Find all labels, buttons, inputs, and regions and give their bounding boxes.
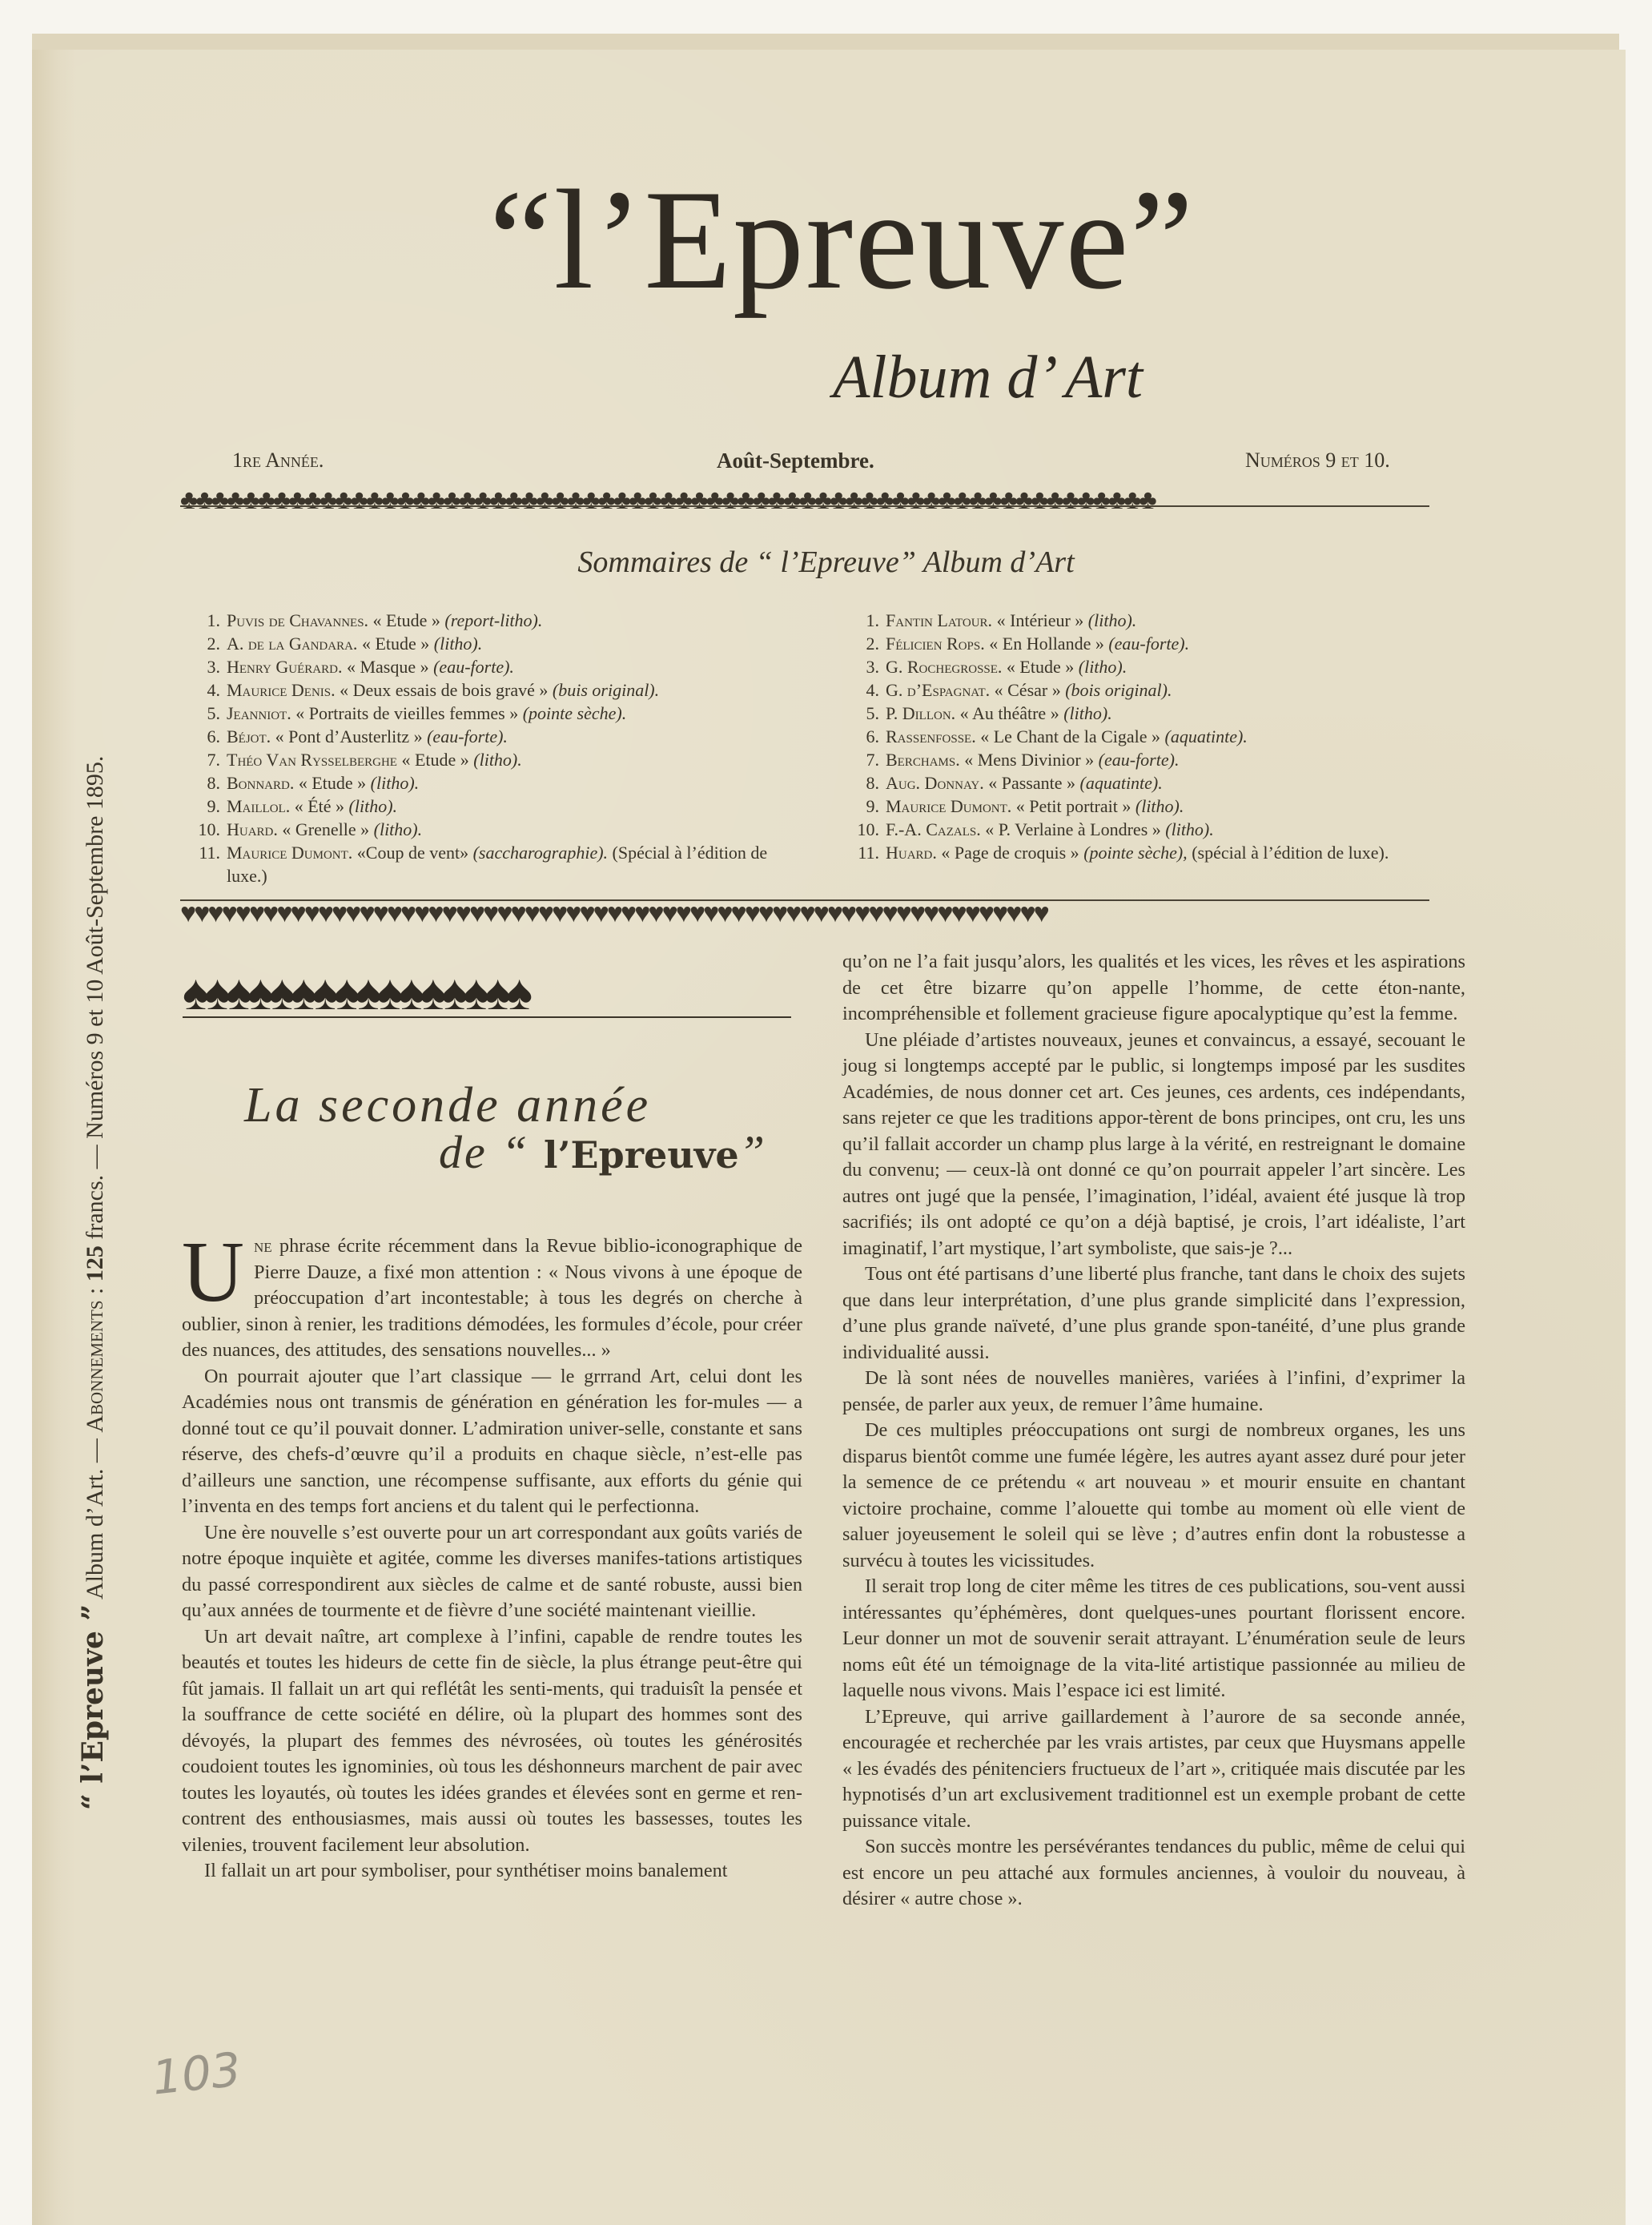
leaf-icon: ♠♠♠♠♠♠♠♠♠♠♠♠♠♠♠♠ xyxy=(183,966,528,1020)
item-text: Maurice Dumont. « Petit portrait » (lith… xyxy=(886,795,1464,818)
spine-price-unit: francs. — xyxy=(82,1139,108,1245)
summary-item: 11.Maurice Dumont. «Coup de vent» (sacch… xyxy=(188,841,805,887)
work-title: « Portraits de vieilles femmes » xyxy=(295,703,518,723)
summary-item: 3.Henry Guérard. « Masque » (eau-forte). xyxy=(188,655,805,678)
work-title: « Etude » xyxy=(299,773,366,793)
work-title: « Etude » xyxy=(401,750,468,770)
technique: (buis original). xyxy=(553,680,659,700)
spine-caption: “ l’Epreuve ” Album d’Art. — Abonnements… xyxy=(76,529,132,1810)
article-paragraph: Une pléiade d’artistes nouveaux, jeunes … xyxy=(842,1028,1465,1262)
summary-list-right: 1.Fantin Latour. « Intérieur » (litho). … xyxy=(847,609,1464,864)
item-text: Aug. Donnay. « Passante » (aquatinte). xyxy=(886,771,1464,795)
drop-cap: U xyxy=(182,1237,244,1309)
stem-line xyxy=(183,1016,791,1018)
technique: (litho). xyxy=(1135,796,1184,816)
masthead-title: “l’Epreuve” xyxy=(0,168,1652,311)
paper-spine-edge xyxy=(32,50,76,2225)
summary-item: 8.Aug. Donnay. « Passante » (aquatinte). xyxy=(847,771,1464,795)
work-title: « César » xyxy=(995,680,1061,700)
item-text: Bonnard. « Etude » (litho). xyxy=(227,771,805,795)
technique: (eau-forte). xyxy=(1108,634,1189,654)
item-number: 11. xyxy=(188,841,227,887)
item-text: P. Dillon. « Au théâtre » (litho). xyxy=(886,702,1464,725)
article-paragraph: Un art devait naître, art complexe à l’i… xyxy=(182,1624,802,1859)
work-title: « Etude » xyxy=(373,610,440,630)
article-column-right: qu’on ne l’a fait jusqu’alors, les quali… xyxy=(842,949,1465,1913)
work-title: « Etude » xyxy=(362,634,429,654)
article-paragraph: Tous ont été partisans d’une liberté plu… xyxy=(842,1261,1465,1366)
artist-name: Huard. xyxy=(886,843,937,863)
item-number: 6. xyxy=(847,725,886,748)
technique: (litho). xyxy=(1063,703,1112,723)
article-paragraph: On pourrait ajouter que l’art classique … xyxy=(182,1364,802,1520)
item-number: 3. xyxy=(188,655,227,678)
article-paragraph: Il serait trop long de citer même les ti… xyxy=(842,1574,1465,1704)
paragraph-text: phrase écrite récemment dans la Revue bi… xyxy=(182,1235,802,1361)
artist-name: Henry Guérard. xyxy=(227,657,342,677)
article-paragraph: Une phrase écrite récemment dans la Revu… xyxy=(182,1233,802,1364)
technique: (litho). xyxy=(434,634,483,654)
masthead-subtitle: Album d’ Art xyxy=(833,343,1143,412)
technique: (litho). xyxy=(1079,657,1127,677)
summary-item: 8.Bonnard. « Etude » (litho). xyxy=(188,771,805,795)
work-title: «Coup de vent» xyxy=(357,843,468,863)
summary-item: 7.Berchams. « Mens Divinior » (eau-forte… xyxy=(847,748,1464,771)
work-title: « P. Verlaine à Londres » xyxy=(985,819,1161,839)
artist-name: G. d’Espagnat. xyxy=(886,680,990,700)
work-title: « Page de croquis » xyxy=(941,843,1079,863)
work-title: « Pont d’Austerlitz » xyxy=(275,726,423,746)
item-text: Huard. « Grenelle » (litho). xyxy=(227,818,805,841)
item-number: 4. xyxy=(847,678,886,702)
artist-name: Maurice Dumont. xyxy=(227,843,352,863)
item-text: Puvis de Chavannes. « Etude » (report-li… xyxy=(227,609,805,632)
article-paragraph: De là sont nées de nouvelles manières, v… xyxy=(842,1366,1465,1418)
clover-icon: ♣♣♣♣♣♣♣♣♣♣♣♣♣♣♣♣♣♣♣♣♣♣♣♣♣♣♣♣♣♣♣♣♣♣♣♣♣♣♣♣… xyxy=(180,485,1155,515)
technique: (pointe sèche). xyxy=(523,703,627,723)
item-number: 9. xyxy=(188,795,227,818)
article-paragraph: Une ère nouvelle s’est ouverte pour un a… xyxy=(182,1520,802,1624)
spine-issue: Numéros 9 et 10 Août-Septembre 1895. xyxy=(82,756,108,1139)
summary-item: 2.A. de la Gandara. « Etude » (litho). xyxy=(188,632,805,655)
item-number: 9. xyxy=(847,795,886,818)
artist-name: Berchams. xyxy=(886,750,960,770)
item-number: 10. xyxy=(847,818,886,841)
item-number: 1. xyxy=(847,609,886,632)
item-number: 5. xyxy=(188,702,227,725)
work-title: « Le Chant de la Cigale » xyxy=(980,726,1160,746)
summary-item: 4.Maurice Denis. « Deux essais de bois g… xyxy=(188,678,805,702)
artist-name: Huard. xyxy=(227,819,278,839)
clover-ornament-border: ♣♣♣♣♣♣♣♣♣♣♣♣♣♣♣♣♣♣♣♣♣♣♣♣♣♣♣♣♣♣♣♣♣♣♣♣♣♣♣♣… xyxy=(180,485,1429,517)
artist-name: Maurice Dumont. xyxy=(886,796,1011,816)
artist-name: Maurice Denis. xyxy=(227,680,336,700)
summary-item: 9.Maillol. « Été » (litho). xyxy=(188,795,805,818)
summary-item: 6.Béjot. « Pont d’Austerlitz » (eau-fort… xyxy=(188,725,805,748)
article-paragraph: De ces multiples préoccupations ont surg… xyxy=(842,1418,1465,1574)
artist-name: Fantin Latour. xyxy=(886,610,992,630)
summary-item: 9.Maurice Dumont. « Petit portrait » (li… xyxy=(847,795,1464,818)
summary-item: 1.Puvis de Chavannes. « Etude » (report-… xyxy=(188,609,805,632)
artist-name: A. de la Gandara. xyxy=(227,634,357,654)
summary-item: 3.G. Rochegrosse. « Etude » (litho). xyxy=(847,655,1464,678)
technique: (litho). xyxy=(371,773,420,793)
issue-numbers-label: Numéros 9 et 10. xyxy=(1245,449,1390,473)
pencil-annotation: 103 xyxy=(150,2042,243,2105)
spine-title: “ l’Epreuve ” xyxy=(76,1604,110,1810)
technique: (aquatinte). xyxy=(1165,726,1248,746)
item-number: 2. xyxy=(188,632,227,655)
heart-leaf-icon: ♥♥♥♥♥♥♥♥♥♥♥♥♥♥♥♥♥♥♥♥♥♥♥♥♥♥♥♥♥♥♥♥♥♥♥♥♥♥♥♥… xyxy=(180,899,1047,925)
item-text: Berchams. « Mens Divinior » (eau-forte). xyxy=(886,748,1464,771)
artist-name: F.-A. Cazals. xyxy=(886,819,981,839)
work-title: « Mens Divinior » xyxy=(964,750,1094,770)
technique: (litho). xyxy=(1088,610,1137,630)
item-number: 8. xyxy=(188,771,227,795)
item-text: F.-A. Cazals. « P. Verlaine à Londres » … xyxy=(886,818,1464,841)
artist-name: Rassenfosse. xyxy=(886,726,976,746)
technique: (eau-forte). xyxy=(1099,750,1180,770)
heart-ornament-border: ♥♥♥♥♥♥♥♥♥♥♥♥♥♥♥♥♥♥♥♥♥♥♥♥♥♥♥♥♥♥♥♥♥♥♥♥♥♥♥♥… xyxy=(180,893,1429,925)
item-text: Henry Guérard. « Masque » (eau-forte). xyxy=(227,655,805,678)
summary-item: 10.F.-A. Cazals. « P. Verlaine à Londres… xyxy=(847,818,1464,841)
summary-item: 7.Théo Van Rysselberghe « Etude » (litho… xyxy=(188,748,805,771)
year-label: 1re Année. xyxy=(232,449,324,473)
work-title: « Grenelle » xyxy=(282,819,369,839)
article-paragraph: qu’on ne l’a fait jusqu’alors, les quali… xyxy=(842,949,1465,1028)
artist-name: Bonnard. xyxy=(227,773,294,793)
article-paragraph: Il fallait un art pour symboliser, pour … xyxy=(182,1858,802,1885)
article-title-prefix: de “ xyxy=(439,1126,544,1178)
technique: (bois original). xyxy=(1065,680,1172,700)
summary-title: Sommaires de “ l’Epreuve” Album d’Art xyxy=(0,545,1652,580)
article-title-suffix: ” xyxy=(739,1126,767,1178)
item-text: Jeanniot. « Portraits de vieilles femmes… xyxy=(227,702,805,725)
technique: (litho). xyxy=(1165,819,1214,839)
summary-item: 6.Rassenfosse. « Le Chant de la Cigale »… xyxy=(847,725,1464,748)
work-title: « Deux essais de bois gravé » xyxy=(340,680,548,700)
item-text: G. Rochegrosse. « Etude » (litho). xyxy=(886,655,1464,678)
item-text: Huard. « Page de croquis » (pointe sèche… xyxy=(886,841,1464,864)
work-title: « Intérieur » xyxy=(997,610,1084,630)
artist-name: Aug. Donnay. xyxy=(886,773,984,793)
technique: (litho). xyxy=(374,819,423,839)
technique: (litho). xyxy=(473,750,522,770)
work-title: « Passante » xyxy=(988,773,1075,793)
summary-item: 1.Fantin Latour. « Intérieur » (litho). xyxy=(847,609,1464,632)
item-text: G. d’Espagnat. « César » (bois original)… xyxy=(886,678,1464,702)
technique: (pointe sèche), xyxy=(1083,843,1188,863)
spine-price: 125 xyxy=(82,1245,108,1281)
article-title-name: l’Epreuve xyxy=(544,1133,739,1177)
artist-name: Puvis de Chavannes. xyxy=(227,610,368,630)
artist-name: Béjot. xyxy=(227,726,271,746)
item-number: 4. xyxy=(188,678,227,702)
summary-list-left: 1.Puvis de Chavannes. « Etude » (report-… xyxy=(188,609,805,887)
work-title: « Etude » xyxy=(1007,657,1074,677)
leaf-ornament-band: ♠♠♠♠♠♠♠♠♠♠♠♠♠♠♠♠ xyxy=(183,965,791,1029)
summary-item: 2.Félicien Rops. « En Hollande » (eau-fo… xyxy=(847,632,1464,655)
article-column-left: Une phrase écrite récemment dans la Revu… xyxy=(182,1233,802,1885)
item-text: A. de la Gandara. « Etude » (litho). xyxy=(227,632,805,655)
item-text: Rassenfosse. « Le Chant de la Cigale » (… xyxy=(886,725,1464,748)
technique: (saccharographie). xyxy=(473,843,608,863)
work-title: « Masque » xyxy=(347,657,429,677)
item-number: 8. xyxy=(847,771,886,795)
artist-name: Jeanniot. xyxy=(227,703,291,723)
work-title: « Été » xyxy=(295,796,344,816)
article-paragraph: Son succès montre les persévérantes tend… xyxy=(842,1834,1465,1913)
item-number: 7. xyxy=(847,748,886,771)
item-text: Fantin Latour. « Intérieur » (litho). xyxy=(886,609,1464,632)
item-number: 10. xyxy=(188,818,227,841)
summary-item: 10.Huard. « Grenelle » (litho). xyxy=(188,818,805,841)
spine-separator: : xyxy=(82,1281,108,1300)
item-text: Maurice Dumont. «Coup de vent» (saccharo… xyxy=(227,841,805,887)
item-text: Théo Van Rysselberghe « Etude » (litho). xyxy=(227,748,805,771)
summary-item: 4.G. d’Espagnat. « César » (bois origina… xyxy=(847,678,1464,702)
article-title-line2: de “ l’Epreuve” xyxy=(439,1125,767,1179)
work-title: « Petit portrait » xyxy=(1016,796,1131,816)
artist-name: Maillol. xyxy=(227,796,290,816)
technique: (report-litho). xyxy=(444,610,542,630)
item-number: 11. xyxy=(847,841,886,864)
artist-name: G. Rochegrosse. xyxy=(886,657,1002,677)
item-number: 5. xyxy=(847,702,886,725)
item-text: Maurice Denis. « Deux essais de bois gra… xyxy=(227,678,805,702)
item-number: 7. xyxy=(188,748,227,771)
summary-item: 5.P. Dillon. « Au théâtre » (litho). xyxy=(847,702,1464,725)
summary-item: 11.Huard. « Page de croquis » (pointe sè… xyxy=(847,841,1464,864)
artist-name: P. Dillon. xyxy=(886,703,955,723)
period-label: Août-Septembre. xyxy=(717,449,874,473)
spine-subscriptions-label: Abonnements xyxy=(82,1300,108,1432)
technique: (litho). xyxy=(349,796,398,816)
spine-album: Album d’Art. — xyxy=(82,1433,108,1604)
technique: (eau-forte). xyxy=(427,726,508,746)
item-number: 1. xyxy=(188,609,227,632)
item-number: 3. xyxy=(847,655,886,678)
item-number: 2. xyxy=(847,632,886,655)
artist-name: Théo Van Rysselberghe xyxy=(227,750,397,770)
edition-note: (spécial à l’édition de luxe). xyxy=(1192,843,1389,863)
item-number: 6. xyxy=(188,725,227,748)
vine-line xyxy=(180,505,1429,509)
lead-in: ne xyxy=(254,1235,272,1257)
item-text: Félicien Rops. « En Hollande » (eau-fort… xyxy=(886,632,1464,655)
work-title: « En Hollande » xyxy=(989,634,1104,654)
item-text: Béjot. « Pont d’Austerlitz » (eau-forte)… xyxy=(227,725,805,748)
artist-name: Félicien Rops. xyxy=(886,634,985,654)
summary-item: 5.Jeanniot. « Portraits de vieilles femm… xyxy=(188,702,805,725)
work-title: « Au théâtre » xyxy=(960,703,1059,723)
article-paragraph: L’Epreuve, qui arrive gaillardement à l’… xyxy=(842,1704,1465,1835)
item-text: Maillol. « Été » (litho). xyxy=(227,795,805,818)
technique: (aquatinte). xyxy=(1080,773,1163,793)
technique: (eau-forte). xyxy=(433,657,514,677)
